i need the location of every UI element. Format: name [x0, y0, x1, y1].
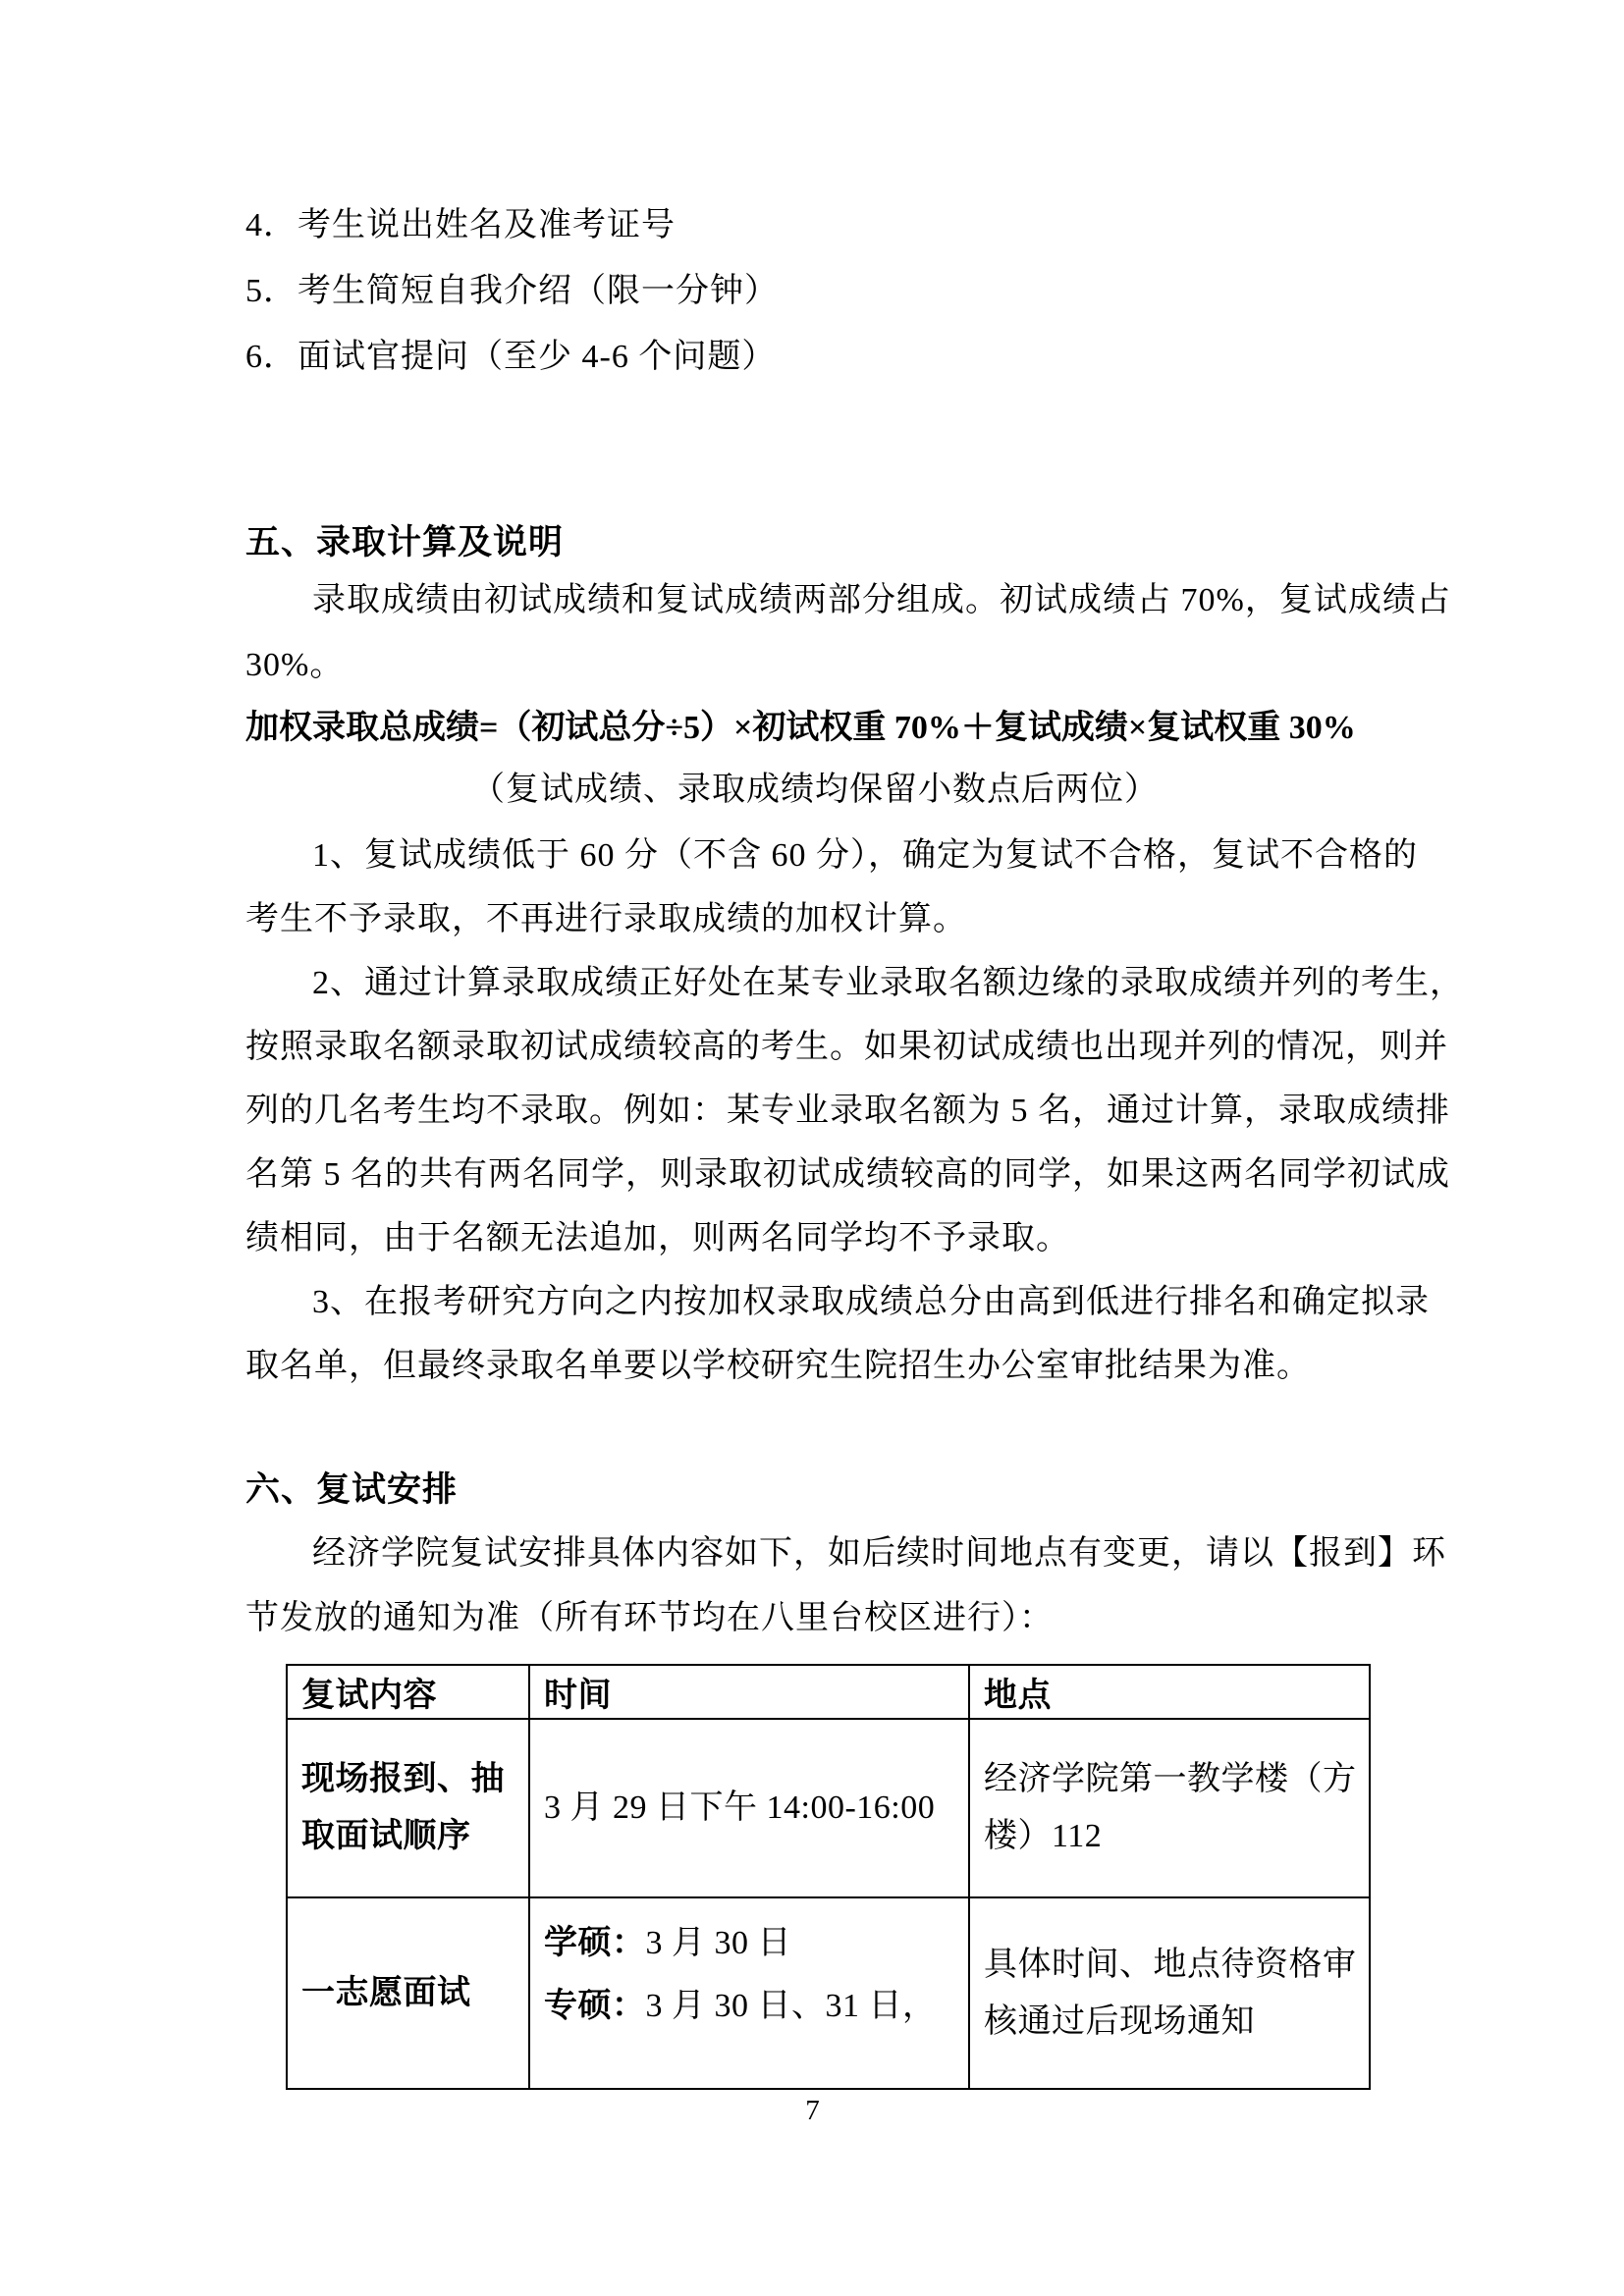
table-row: 现场报到、抽 取面试顺序 3 月 29 日下午 14:00-16:00 经济学院… [287, 1719, 1370, 1897]
section5-item2: 2、通过计算录取成绩正好处在某专业录取名额边缘的录取成绩并列的考生， 按照录取名… [245, 951, 1384, 1270]
time-label: 专硕： [544, 1988, 646, 2024]
text-line: 2、通过计算录取成绩正好处在某专业录取名额边缘的录取成绩并列的考生， [245, 951, 1384, 1015]
header-cell-content: 复试内容 [287, 1665, 529, 1719]
schedule-table: 复试内容 时间 地点 现场报到、抽 取面试顺序 3 月 29 日下午 14:00… [286, 1664, 1371, 2090]
cell-location: 具体时间、地点待资格审 核通过后现场通知 [969, 1897, 1370, 2089]
text-line: 3、在报考研究方向之内按加权录取成绩总分由高到低进行排名和确定拟录 [245, 1270, 1384, 1334]
text-line: 按照录取名额录取初试成绩较高的考生。如果初试成绩也出现并列的情况，则并 [245, 1015, 1384, 1079]
formula-line: 加权录取总成绩=（初试总分÷5）×初试权重 70%＋复试成绩×复试权重 30% [245, 696, 1384, 761]
section-heading: 六、复试安排 [245, 1458, 1384, 1522]
text-line: 楼）112 [984, 1808, 1357, 1865]
cell-content: 一志愿面试 [287, 1897, 529, 2089]
section5-paragraph: 录取成绩由初试成绩和复试成绩两部分组成。初试成绩占 70%，复试成绩占 30%。 [245, 568, 1384, 698]
cell-location: 经济学院第一教学楼（方 楼）112 [969, 1719, 1370, 1897]
section6-heading-block: 六、复试安排 [245, 1458, 1384, 1522]
intro-list: 4．考生说出姓名及准考证号 5．考生简短自我介绍（限一分钟） 6．面试官提问（至… [245, 192, 1384, 390]
section-heading: 五、录取计算及说明 [245, 510, 1384, 575]
section5-item1: 1、复试成绩低于 60 分（不含 60 分），确定为复试不合格，复试不合格的 考… [245, 824, 1384, 951]
text-line: 经济学院复试安排具体内容如下，如后续时间地点有变更，请以【报到】环 [245, 1522, 1384, 1586]
list-item-6: 6．面试官提问（至少 4-6 个问题） [245, 324, 1384, 390]
time-value: 3 月 30 日 [646, 1925, 792, 1961]
text-line: 专硕：3 月 30 日、31 日， [544, 1975, 956, 2038]
text-line: 绩相同，由于名额无法追加，则两名同学均不予录取。 [245, 1206, 1384, 1270]
cell-time: 3 月 29 日下午 14:00-16:00 [529, 1719, 969, 1897]
formula-note-block: （复试成绩、录取成绩均保留小数点后两位） [245, 758, 1384, 822]
text-line: 列的几名考生均不录取。例如：某专业录取名额为 5 名，通过计算，录取成绩排 [245, 1079, 1384, 1143]
section5-heading-block: 五、录取计算及说明 [245, 510, 1384, 575]
cell-content: 现场报到、抽 取面试顺序 [287, 1719, 529, 1897]
text-line: 节发放的通知为准（所有环节均在八里台校区进行）： [245, 1586, 1384, 1651]
formula-note: （复试成绩、录取成绩均保留小数点后两位） [245, 758, 1384, 822]
section6-paragraph: 经济学院复试安排具体内容如下，如后续时间地点有变更，请以【报到】环 节发放的通知… [245, 1522, 1384, 1651]
text-line: 30%。 [245, 633, 1384, 698]
text-line: 学硕：3 月 30 日 [544, 1912, 956, 1975]
list-item-4: 4．考生说出姓名及准考证号 [245, 192, 1384, 258]
text-line: 取名单，但最终录取名单要以学校研究生院招生办公室审批结果为准。 [245, 1334, 1384, 1398]
time-value: 3 月 30 日、31 日， [646, 1988, 937, 2024]
text-line: 取面试顺序 [301, 1808, 516, 1865]
document-page: 4．考生说出姓名及准考证号 5．考生简短自我介绍（限一分钟） 6．面试官提问（至… [0, 0, 1624, 2296]
page-number: 7 [245, 2080, 1380, 2141]
header-cell-time: 时间 [529, 1665, 969, 1719]
text-line: 一志愿面试 [301, 1965, 516, 2022]
text-line: 录取成绩由初试成绩和复试成绩两部分组成。初试成绩占 70%，复试成绩占 [245, 568, 1384, 633]
text-line: 名第 5 名的共有两名同学，则录取初试成绩较高的同学，如果这两名同学初试成 [245, 1143, 1384, 1206]
time-label: 学硕： [544, 1925, 646, 1961]
table-header-row: 复试内容 时间 地点 [287, 1665, 1370, 1719]
formula-block: 加权录取总成绩=（初试总分÷5）×初试权重 70%＋复试成绩×复试权重 30% [245, 696, 1384, 761]
text-line: 1、复试成绩低于 60 分（不含 60 分），确定为复试不合格，复试不合格的 [245, 824, 1384, 887]
section5-item3: 3、在报考研究方向之内按加权录取成绩总分由高到低进行排名和确定拟录 取名单，但最… [245, 1270, 1384, 1398]
text-line: 现场报到、抽 [301, 1751, 516, 1808]
list-item-5: 5．考生简短自我介绍（限一分钟） [245, 258, 1384, 324]
text-line: 考生不予录取，不再进行录取成绩的加权计算。 [245, 887, 1384, 951]
table-row: 一志愿面试 学硕：3 月 30 日 专硕：3 月 30 日、31 日， 具体时间… [287, 1897, 1370, 2089]
text-line: 核通过后现场通知 [984, 1994, 1357, 2051]
cell-time: 学硕：3 月 30 日 专硕：3 月 30 日、31 日， [529, 1897, 969, 2089]
header-cell-location: 地点 [969, 1665, 1370, 1719]
text-line: 经济学院第一教学楼（方 [984, 1751, 1357, 1808]
text-line: 具体时间、地点待资格审 [984, 1937, 1357, 1994]
text-line: 3 月 29 日下午 14:00-16:00 [544, 1777, 956, 1840]
